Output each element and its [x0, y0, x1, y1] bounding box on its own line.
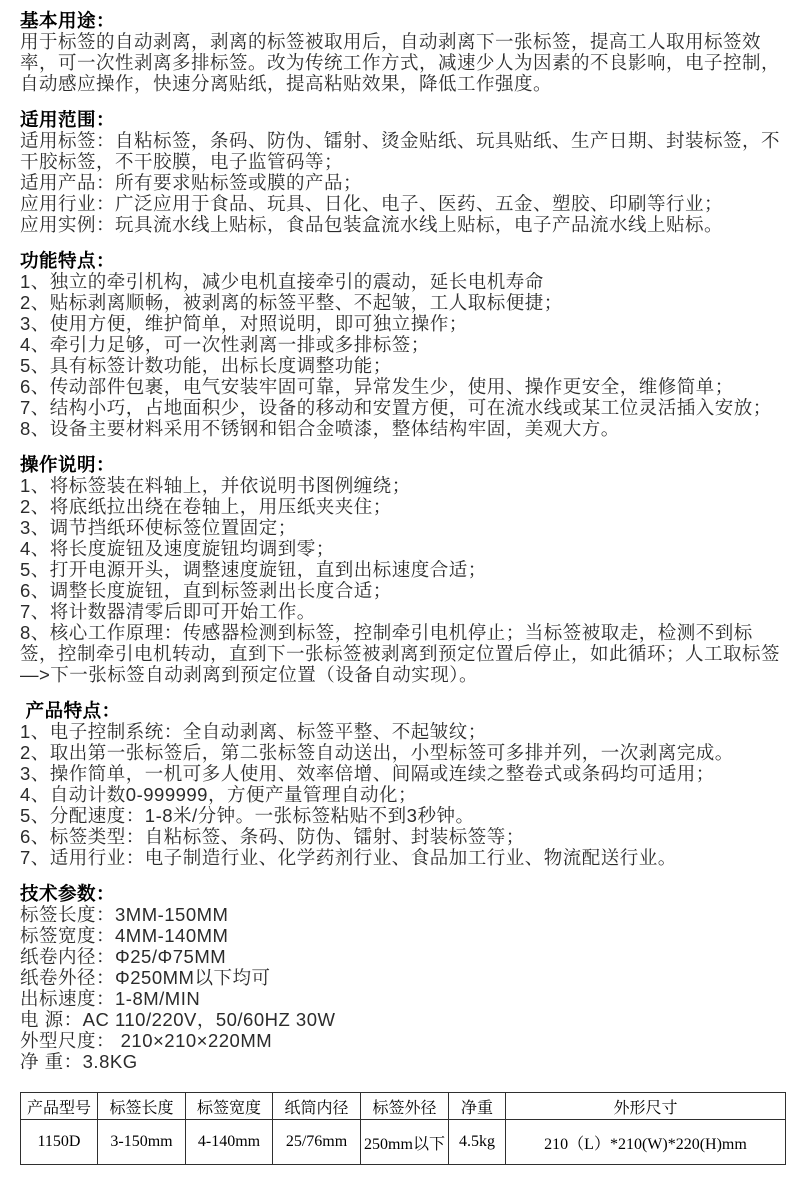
spec-table-header-cell: 标签长度: [98, 1093, 186, 1120]
list-item: 2、取出第一张标签后，第二张标签自动送出，小型标签可多排并列，一次剥离完成。: [20, 742, 780, 763]
spec-line: 出标速度：1-8M/MIN: [20, 988, 780, 1009]
section-heading-operation-instructions: 操作说明：: [20, 454, 780, 475]
spec-table-row: 1150D3-150mm4-140mm25/76mm250mm以下4.5kg21…: [21, 1120, 786, 1165]
list-item: 3、调节挡纸环使标签位置固定；: [20, 517, 780, 538]
spec-table-cell: 3-150mm: [98, 1120, 186, 1165]
list-item: 7、适用行业：电子制造行业、化学药剂行业、食品加工行业、物流配送行业。: [20, 847, 780, 868]
list-item: 3、操作简单，一机可多人使用、效率倍增、间隔或连续之整卷式或条码均可适用；: [20, 763, 780, 784]
section-heading-applicable-scope: 适用范围：: [20, 109, 780, 130]
product-description-page: 基本用途： 用于标签的自动剥离，剥离的标签被取用后，自动剥离下一张标签，提高工人…: [0, 0, 800, 1180]
list-item: 5、具有标签计数功能，出标长度调整功能；: [20, 355, 780, 376]
spec-table-header-cell: 纸筒内径: [273, 1093, 361, 1120]
list-item: 7、结构小巧，占地面积少，设备的移动和安置方便，可在流水线或某工位灵活插入安放；: [20, 397, 780, 418]
list-item: 4、自动计数0-999999，方便产量管理自动化；: [20, 784, 780, 805]
section-heading-basic-usage: 基本用途：: [20, 10, 780, 31]
list-item: 5、打开电源开头，调整速度旋钮，直到出标速度合适；: [20, 559, 780, 580]
spec-table-header-row: 产品型号标签长度标签宽度纸筒内径标签外径净重外形尺寸: [21, 1093, 786, 1120]
section-basic-usage: 基本用途： 用于标签的自动剥离，剥离的标签被取用后，自动剥离下一张标签，提高工人…: [20, 10, 780, 94]
section-body-basic-usage: 用于标签的自动剥离，剥离的标签被取用后，自动剥离下一张标签，提高工人取用标签效率…: [20, 31, 780, 94]
list-item: 8、核心工作原理：传感器检测到标签，控制牵引电机停止；当标签被取走，检测不到标签…: [20, 622, 780, 685]
section-body-applicable-scope: 适用标签：自粘标签，条码、防伪、镭射、烫金贴纸、玩具贴纸、生产日期、封装标签，不…: [20, 130, 780, 235]
list-item: 7、将计数器清零后即可开始工作。: [20, 601, 780, 622]
spec-line: 标签宽度：4MM-140MM: [20, 925, 780, 946]
section-body-product-features: 1、电子控制系统：全自动剥离、标签平整、不起皱纹；2、取出第一张标签后，第二张标…: [20, 721, 780, 868]
spec-line: 标签长度：3MM-150MM: [20, 904, 780, 925]
list-item: 8、设备主要材料采用不锈钢和铝合金喷漆，整体结构牢固，美观大方。: [20, 418, 780, 439]
text-line: 应用行业：广泛应用于食品、玩具、日化、电子、医药、五金、塑胶、印刷等行业；: [20, 193, 780, 214]
list-item: 6、传动部件包裹，电气安装牢固可靠，异常发生少，使用、操作更安全，维修简单；: [20, 376, 780, 397]
section-body-tech-params: 标签长度：3MM-150MM标签宽度：4MM-140MM纸卷内径：Φ25/Φ75…: [20, 904, 780, 1072]
section-body-function-features: 1、独立的牵引机构，减少电机直接牵引的震动，延长电机寿命2、贴标剥离顺畅，被剥离…: [20, 271, 780, 439]
spec-line: 纸卷内径：Φ25/Φ75MM: [20, 946, 780, 967]
section-function-features: 功能特点： 1、独立的牵引机构，减少电机直接牵引的震动，延长电机寿命2、贴标剥离…: [20, 250, 780, 439]
spec-table-cell: 250mm以下: [361, 1120, 449, 1165]
list-item: 1、将标签装在料轴上，并依说明书图例缠绕；: [20, 475, 780, 496]
section-operation-instructions: 操作说明： 1、将标签装在料轴上，并依说明书图例缠绕；2、将底纸拉出绕在卷轴上，…: [20, 454, 780, 685]
spec-table-cell: 4.5kg: [449, 1120, 506, 1165]
spec-table-cell: 25/76mm: [273, 1120, 361, 1165]
spec-table-header-cell: 标签外径: [361, 1093, 449, 1120]
spec-line: 电 源：AC 110/220V，50/60HZ 30W: [20, 1009, 780, 1030]
text-line: 用于标签的自动剥离，剥离的标签被取用后，自动剥离下一张标签，提高工人取用标签效率…: [20, 31, 780, 94]
list-item: 6、调整长度旋钮，直到标签剥出长度合适；: [20, 580, 780, 601]
spec-table-cell: 4-140mm: [186, 1120, 273, 1165]
list-item: 5、分配速度：1-8米/分钟。一张标签粘贴不到3秒钟。: [20, 805, 780, 826]
spec-table-cell: 210（L）*210(W)*220(H)mm: [506, 1120, 786, 1165]
spec-line: 外型尺度： 210×210×220MM: [20, 1030, 780, 1051]
section-heading-tech-params: 技术参数：: [20, 883, 780, 904]
spec-table-header-cell: 外形尺寸: [506, 1093, 786, 1120]
list-item: 4、将长度旋钮及速度旋钮均调到零；: [20, 538, 780, 559]
spec-line: 纸卷外径：Φ250MM以下均可: [20, 967, 780, 988]
spec-table-header-cell: 标签宽度: [186, 1093, 273, 1120]
spec-table-body: 1150D3-150mm4-140mm25/76mm250mm以下4.5kg21…: [21, 1120, 786, 1165]
section-product-features: 产品特点： 1、电子控制系统：全自动剥离、标签平整、不起皱纹；2、取出第一张标签…: [20, 700, 780, 868]
section-heading-product-features: 产品特点：: [20, 700, 780, 721]
spec-line: 净 重：3.8KG: [20, 1051, 780, 1072]
section-applicable-scope: 适用范围： 适用标签：自粘标签，条码、防伪、镭射、烫金贴纸、玩具贴纸、生产日期、…: [20, 109, 780, 235]
section-heading-function-features: 功能特点：: [20, 250, 780, 271]
list-item: 2、将底纸拉出绕在卷轴上，用压纸夹夹住；: [20, 496, 780, 517]
list-item: 2、贴标剥离顺畅，被剥离的标签平整、不起皱，工人取标便捷；: [20, 292, 780, 313]
text-line: 应用实例：玩具流水线上贴标，食品包装盒流水线上贴标，电子产品流水线上贴标。: [20, 214, 780, 235]
list-item: 4、牵引力足够，可一次性剥离一排或多排标签；: [20, 334, 780, 355]
text-line: 适用标签：自粘标签，条码、防伪、镭射、烫金贴纸、玩具贴纸、生产日期、封装标签，不…: [20, 130, 780, 172]
list-item: 1、电子控制系统：全自动剥离、标签平整、不起皱纹；: [20, 721, 780, 742]
section-body-operation-instructions: 1、将标签装在料轴上，并依说明书图例缠绕；2、将底纸拉出绕在卷轴上，用压纸夹夹住…: [20, 475, 780, 685]
list-item: 1、独立的牵引机构，减少电机直接牵引的震动，延长电机寿命: [20, 271, 780, 292]
spec-table-header-cell: 净重: [449, 1093, 506, 1120]
spec-table: 产品型号标签长度标签宽度纸筒内径标签外径净重外形尺寸 1150D3-150mm4…: [20, 1092, 786, 1165]
list-item: 6、标签类型：自粘标签、条码、防伪、镭射、封装标签等；: [20, 826, 780, 847]
section-tech-params: 技术参数： 标签长度：3MM-150MM标签宽度：4MM-140MM纸卷内径：Φ…: [20, 883, 780, 1072]
list-item: 3、使用方便，维护简单，对照说明，即可独立操作；: [20, 313, 780, 334]
text-line: 适用产品：所有要求贴标签或膜的产品；: [20, 172, 780, 193]
spec-table-header-cell: 产品型号: [21, 1093, 98, 1120]
spec-table-cell: 1150D: [21, 1120, 98, 1165]
